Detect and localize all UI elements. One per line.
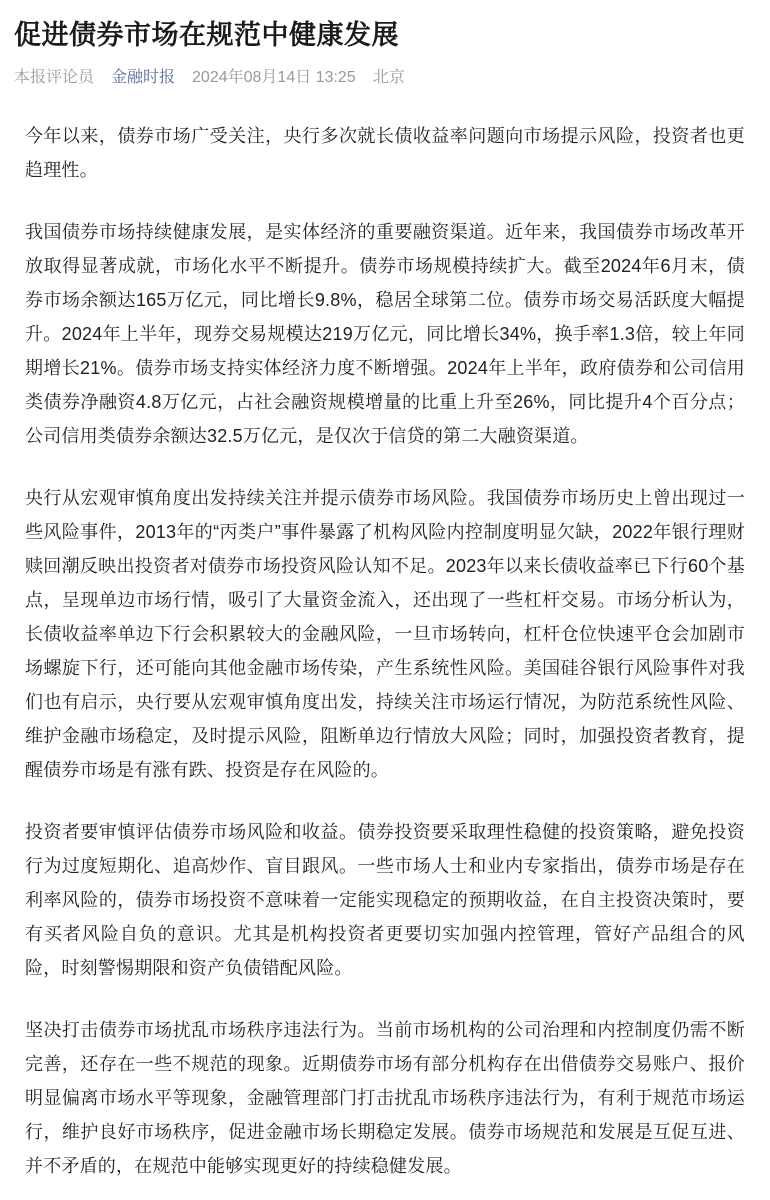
article-body: 今年以来，债券市场广受关注，央行多次就长债收益率问题向市场提示风险，投资者也更趋…	[14, 119, 756, 1183]
article-paragraph: 央行从宏观审慎角度出发持续关注并提示债券市场风险。我国债券市场历史上曾出现过一些…	[25, 481, 745, 787]
byline-author: 本报评论员	[14, 69, 94, 86]
article-paragraph: 投资者要审慎评估债券市场风险和收益。债券投资要采取理性稳健的投资策略，避免投资行…	[25, 815, 745, 985]
article-paragraph: 坚决打击债券市场扰乱市场秩序违法行为。当前市场机构的公司治理和内控制度仍需不断完…	[25, 1013, 745, 1183]
byline-source-link[interactable]: 金融时报	[111, 69, 175, 86]
article-paragraph: 今年以来，债券市场广受关注，央行多次就长债收益率问题向市场提示风险，投资者也更趋…	[25, 119, 745, 187]
byline-datetime: 2024年08月14日 13:25	[192, 69, 356, 86]
article-page: 促进债券市场在规范中健康发展 本报评论员金融时报2024年08月14日 13:2…	[0, 0, 770, 1200]
article-title: 促进债券市场在规范中健康发展	[14, 18, 756, 52]
article-paragraph: 我国债券市场持续健康发展，是实体经济的重要融资渠道。近年来，我国债券市场改革开放…	[25, 215, 745, 453]
byline-location: 北京	[373, 69, 405, 86]
byline: 本报评论员金融时报2024年08月14日 13:25北京	[14, 67, 756, 89]
